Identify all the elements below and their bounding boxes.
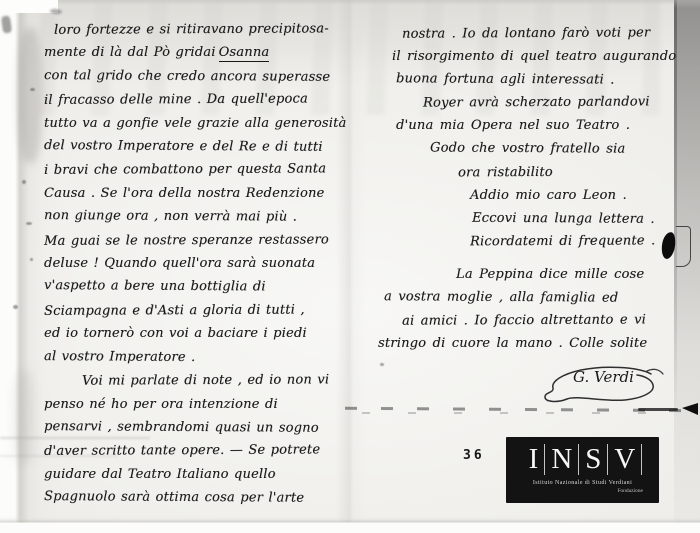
handwriting-line: non giunge ora , non verrà mai più . xyxy=(44,204,364,229)
handwriting-line: pensarvi , sembrandomi quasi un sogno xyxy=(44,415,364,440)
insv-letter-i: I xyxy=(523,442,545,476)
handwriting-line: Sciampagna e d'Asti a gloria di tutti , xyxy=(44,298,364,323)
insv-letter-n: N xyxy=(545,442,578,476)
paper-speck xyxy=(30,88,35,91)
insv-letter-v: V xyxy=(608,442,641,476)
handwriting-line: al vostro Imperatore . xyxy=(44,345,364,370)
insv-fondazione-label: Fondazione xyxy=(506,488,659,494)
handwriting-line: ed io tornerò con voi a baciare i piedi xyxy=(44,322,364,345)
handwriting-line: penso né ho per ora intenzione di xyxy=(44,393,364,416)
handwriting-line: Causa . Se l'ora della nostra Redenzione xyxy=(44,182,364,205)
handwriting-line: guidare dal Teatro Italiano quello xyxy=(44,463,364,486)
handwriting-line: Ricordatemi di frequente . xyxy=(378,229,678,254)
line-text: mente di là dal Pò gridai xyxy=(44,45,216,60)
handwriting-line: Voi mi parlate di note , ed io non vi xyxy=(44,368,364,393)
handwriting-line: d'aver scritto tante opere. — Se potrete xyxy=(44,438,364,463)
handwriting-line: il fracasso delle mine . Da quell'epoca xyxy=(44,87,364,112)
handwriting-line: tutto va a gonfie vele grazie alla gener… xyxy=(44,112,364,135)
paper-speck xyxy=(13,305,18,309)
insv-logo: I N S V Istituto Nazionale di Studi Verd… xyxy=(506,437,659,503)
handwriting-line: del vostro Imperatore e del Re e di tutt… xyxy=(44,134,364,159)
edge-smudge xyxy=(18,28,42,163)
underlined-word: Osanna xyxy=(219,45,270,62)
handwriting-line: Godo che vostro fratello sia xyxy=(378,137,678,162)
fold-crease-dark-segment xyxy=(638,408,678,411)
edge-smudge xyxy=(14,370,34,465)
handwriting-line: La Peppina dice mille cose xyxy=(378,263,678,286)
handwriting-line: loro fortezze e si ritiravano precipitos… xyxy=(44,17,364,42)
insv-letters: I N S V xyxy=(506,437,659,476)
handwriting-line: stringo di cuore la mano . Colle solite xyxy=(378,332,678,355)
handwriting-line: nostra . Io da lontano farò voti per xyxy=(378,21,678,46)
handwriting-line: con tal grido che credo ancora superasse xyxy=(44,64,364,89)
left-page: loro fortezze e si ritiravano precipitos… xyxy=(44,18,364,510)
handwriting-line: Addio mio caro Leon . xyxy=(378,184,678,207)
handwriting-line: Royer avrà scherzato parlandovi xyxy=(378,90,678,115)
handwriting-line: a vostra moglie , alla famiglia ed xyxy=(378,285,678,310)
right-page: nostra . Io da lontano farò voti per il … xyxy=(378,22,678,407)
insv-institute-name: Istituto Nazionale di Studi Verdiani xyxy=(506,480,659,486)
ink-blot-edge xyxy=(682,403,698,415)
handwriting-line: buona fortuna agli interessati . xyxy=(378,67,678,92)
handwriting-line: Spagnuolo sarà ottima cosa per l'arte xyxy=(44,485,364,510)
paper-edge-bottom xyxy=(0,516,700,533)
signature-block: G. Verdi xyxy=(543,361,667,407)
handwriting-line: il risorgimento di quel teatro augurando xyxy=(378,45,678,68)
handwriting-line: ai amici . Io faccio altrettanto e vi xyxy=(378,308,678,333)
paper-speck xyxy=(22,180,26,184)
insv-separator xyxy=(641,444,642,475)
handwriting-line: Ma guai se le nostre speranze restassero xyxy=(44,228,364,253)
letter-scan: loro fortezze e si ritiravano precipitos… xyxy=(0,0,700,533)
paper-speck xyxy=(26,222,32,225)
handwriting-line: i bravi che combattono per questa Santa xyxy=(44,158,364,183)
handwriting-line: ora ristabilito xyxy=(378,160,678,185)
handwriting-line: v'aspetto a bere una bottiglia di xyxy=(44,274,364,299)
page-number: 36 xyxy=(463,448,485,463)
signature-name: G. Verdi xyxy=(573,368,634,386)
paper-edge-top xyxy=(0,0,700,8)
handwriting-line: Eccovi una lunga lettera . xyxy=(378,206,678,231)
ink-bracket-mark xyxy=(676,226,691,267)
handwriting-line: d'una mia Opera nel suo Teatro . xyxy=(378,114,678,137)
fold-crease-dashes xyxy=(362,412,662,414)
paper-speck xyxy=(30,258,33,261)
handwriting-line: deluse ! Quando quell'ora sarà suonata xyxy=(44,252,364,275)
insv-letter-s: S xyxy=(579,442,607,476)
handwriting-line: mente di là dal Pò gridaiOsanna xyxy=(44,41,364,64)
